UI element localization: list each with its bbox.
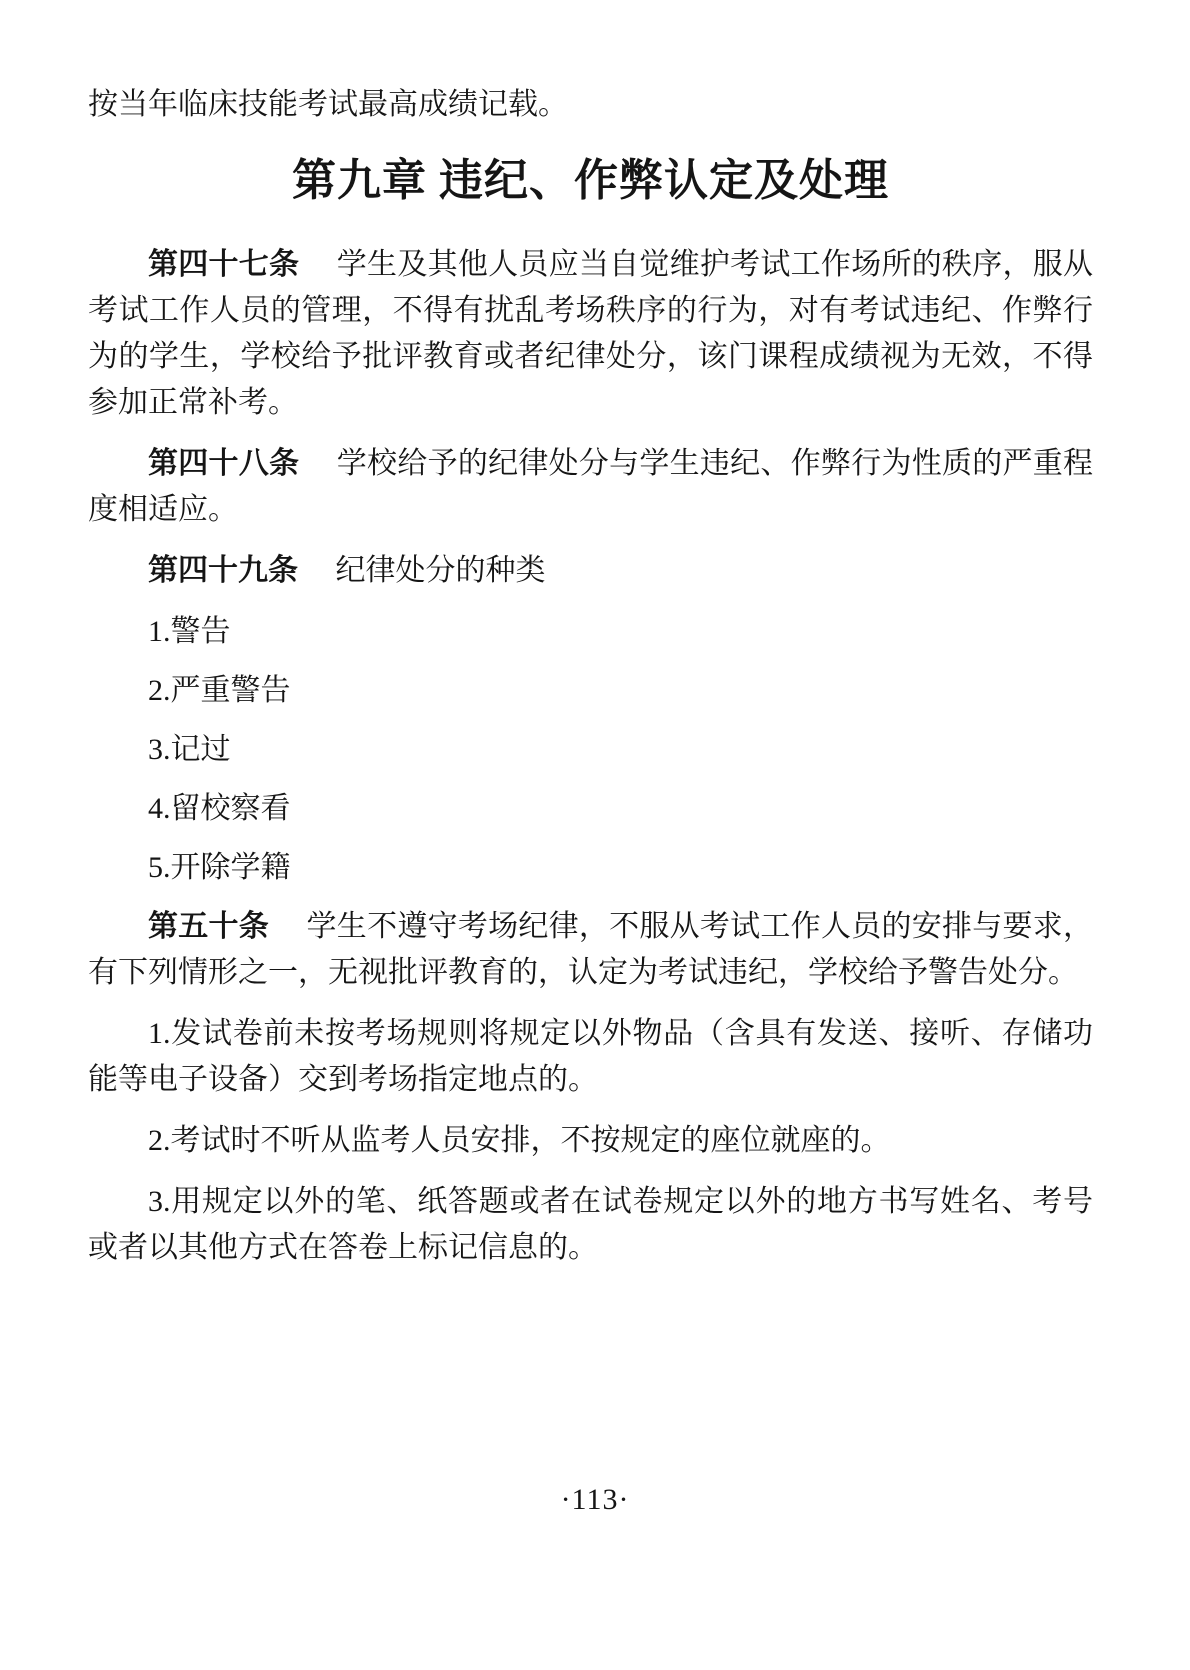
violation-item-1: 1.发试卷前未按考场规则将规定以外物品（含具有发送、接听、存储功能等电子设备）交… <box>88 1011 1093 1103</box>
document-page: 按当年临床技能考试最高成绩记载。 第九章 违纪、作弊认定及处理 第四十七条学生及… <box>0 0 1190 1670</box>
penalty-item-4: 4.留校察看 <box>88 786 1093 832</box>
continuation-paragraph: 按当年临床技能考试最高成绩记载。 <box>88 82 1093 128</box>
penalty-item-2: 2.严重警告 <box>88 668 1093 714</box>
violation-item-3: 3.用规定以外的笔、纸答题或者在试卷规定以外的地方书写姓名、考号或者以其他方式在… <box>88 1179 1093 1271</box>
article-47-label: 第四十七条 <box>148 248 299 281</box>
penalty-item-5: 5.开除学籍 <box>88 845 1093 891</box>
article-49: 第四十九条纪律处分的种类 <box>88 548 1093 594</box>
article-50: 第五十条学生不遵守考场纪律，不服从考试工作人员的安排与要求，有下列情形之一，无视… <box>88 904 1093 996</box>
article-50-label: 第五十条 <box>148 910 269 943</box>
article-47: 第四十七条学生及其他人员应当自觉维护考试工作场所的秩序，服从考试工作人员的管理，… <box>88 242 1093 426</box>
violation-item-2: 2.考试时不听从监考人员安排，不按规定的座位就座的。 <box>88 1118 1093 1164</box>
page-number: ·113· <box>0 1482 1190 1518</box>
penalty-item-3: 3.记过 <box>88 727 1093 773</box>
article-48: 第四十八条学校给予的纪律处分与学生违纪、作弊行为性质的严重程度相适应。 <box>88 441 1093 533</box>
penalty-item-1: 1.警告 <box>88 609 1093 655</box>
chapter-heading: 第九章 违纪、作弊认定及处理 <box>88 154 1093 208</box>
article-48-label: 第四十八条 <box>148 447 299 480</box>
article-49-label: 第四十九条 <box>148 554 298 587</box>
article-49-text: 纪律处分的种类 <box>336 554 546 587</box>
